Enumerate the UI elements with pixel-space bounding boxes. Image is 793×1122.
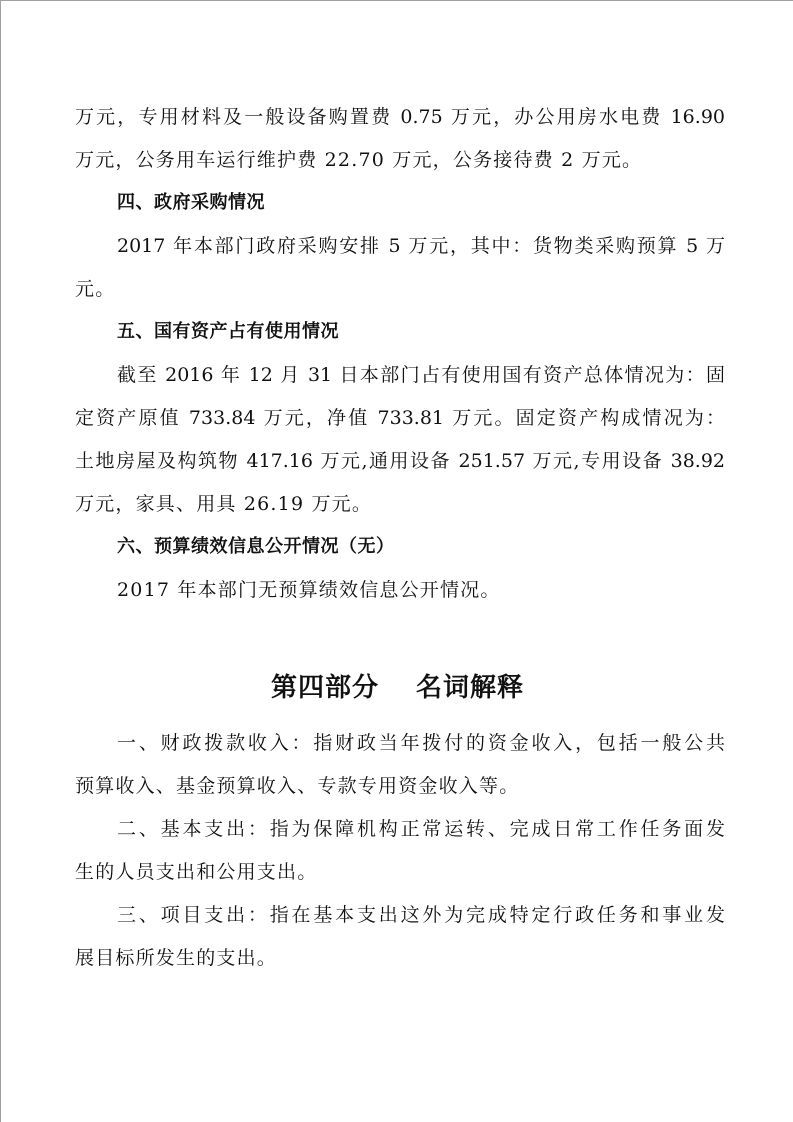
paragraph-line: 定资产原值 733.84 万元，净值 733.81 万元。固定资产构成情况为： <box>75 406 725 430</box>
paragraph-line: 万元，专用材料及一般设备购置费 0.75 万元，办公用房水电费 16.90 <box>75 105 725 129</box>
glossary-term-line: 生的人员支出和公用支出。 <box>75 860 725 884</box>
glossary-term-line: 二、基本支出：指为保障机构正常运转、完成日常工作任务面发 <box>117 817 725 841</box>
paragraph-line: 土地房屋及构筑物 417.16 万元,通用设备 251.57 万元,专用设备 3… <box>75 449 725 473</box>
glossary-term-line: 三、项目支出：指在基本支出这外为完成特定行政任务和事业发 <box>117 903 725 927</box>
section-heading-state-assets: 五、国有资产占有使用情况 <box>117 320 339 344</box>
document-page: 万元，专用材料及一般设备购置费 0.75 万元，办公用房水电费 16.90 万元… <box>1 1 793 1122</box>
paragraph-line: 万元，公务用车运行维护费 22.70 万元，公务接待费 2 万元。 <box>75 148 725 172</box>
glossary-term-line: 展目标所发生的支出。 <box>75 946 725 970</box>
paragraph-line: 元。 <box>75 277 725 301</box>
paragraph-line: 2017 年本部门政府采购安排 5 万元，其中：货物类采购预算 5 万 <box>117 234 725 258</box>
paragraph-line: 截至 2016 年 12 月 31 日本部门占有使用国有资产总体情况为：固 <box>117 363 725 387</box>
glossary-term-line: 预算收入、基金预算收入、专款专用资金收入等。 <box>75 774 725 798</box>
section-heading-government-procurement: 四、政府采购情况 <box>117 191 265 215</box>
paragraph-line: 万元，家具、用具 26.19 万元。 <box>75 492 725 516</box>
section-heading-performance-info: 六、预算绩效信息公开情况（无） <box>117 535 395 559</box>
glossary-term-line: 一、财政拨款收入：指财政当年拨付的资金收入，包括一般公共 <box>117 731 725 755</box>
part-title-glossary: 第四部分 名词解释 <box>1 671 793 705</box>
paragraph-line: 2017 年本部门无预算绩效信息公开情况。 <box>117 578 725 602</box>
